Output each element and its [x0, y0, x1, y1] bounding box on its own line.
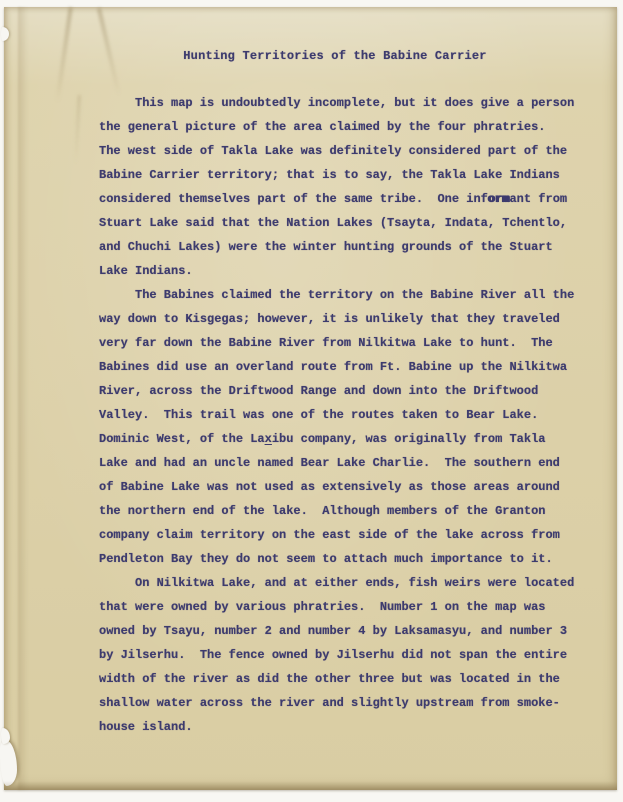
text-segment: shallow water across the river and sligh…: [99, 696, 560, 710]
text-segment: River, across the Driftwood Range and do…: [99, 384, 538, 398]
document-body: This map is undoubtedly incomplete, but …: [99, 91, 589, 739]
paper-tear: [1, 728, 10, 744]
text-line: and Chuchi Lakes) were the winter huntin…: [99, 235, 589, 259]
text-segment: ibu company, was originally from Takla: [272, 432, 546, 446]
text-line: the northern end of the lake. Although m…: [99, 499, 589, 523]
text-segment: Valley. This trail was one of the routes…: [99, 408, 538, 422]
text-segment: Dominic West, of the La: [99, 432, 265, 446]
text-segment: the northern end of the lake. Although m…: [99, 504, 545, 518]
paper-tear: [1, 27, 9, 41]
text-line: width of the river as did the other thre…: [99, 667, 589, 691]
text-line: Babines did use an overland route from F…: [99, 355, 589, 379]
text-line: Valley. This trail was one of the routes…: [99, 403, 589, 427]
text-line: This map is undoubtedly incomplete, but …: [99, 91, 589, 115]
text-segment: by Jilserhu. The fence owned by Jilserhu…: [99, 648, 567, 662]
text-line: of Babine Lake was not used as extensive…: [99, 475, 589, 499]
text-segment: On Nilkitwa Lake, and at either ends, fi…: [135, 576, 574, 590]
text-line: house island.: [99, 715, 589, 739]
text-segment: Lake and had an uncle named Bear Lake Ch…: [99, 456, 560, 470]
text-segment: Pendleton Bay they do not seem to attach…: [99, 552, 553, 566]
text-segment: width of the river as did the other thre…: [99, 672, 560, 686]
text-segment: and Chuchi Lakes) were the winter huntin…: [99, 240, 553, 254]
text-segment: company claim territory on the east side…: [99, 528, 560, 542]
text-line: Stuart Lake said that the Nation Lakes (…: [99, 211, 589, 235]
text-line: considered themselves part of the same t…: [99, 187, 589, 211]
text-segment: This map is undoubtedly incomplete, but …: [135, 96, 574, 110]
text-segment-ulx: x: [265, 432, 272, 446]
paper-sheet: Hunting Territories of the Babine Carrie…: [4, 7, 617, 790]
text-segment: Babine Carrier territory; that is to say…: [99, 168, 560, 182]
text-segment: very far down the Babine River from Nilk…: [99, 336, 553, 350]
text-line: way down to Kisgegas; however, it is unl…: [99, 307, 589, 331]
paper-crease: [74, 95, 81, 165]
text-line: by Jilserhu. The fence owned by Jilserhu…: [99, 643, 589, 667]
text-line: River, across the Driftwood Range and do…: [99, 379, 589, 403]
text-line: company claim territory on the east side…: [99, 523, 589, 547]
text-segment: The Babines claimed the territory on the…: [135, 288, 574, 302]
text-segment: ant from: [509, 192, 567, 206]
text-line: Pendleton Bay they do not seem to attach…: [99, 547, 589, 571]
text-line: On Nilkitwa Lake, and at either ends, fi…: [99, 571, 589, 595]
paper-crease: [55, 7, 72, 103]
text-line: The west side of Takla Lake was definite…: [99, 139, 589, 163]
text-segment: the general picture of the area claimed …: [99, 120, 545, 134]
text-line: the general picture of the area claimed …: [99, 115, 589, 139]
text-segment: that were owned by various phratries. Nu…: [99, 600, 545, 614]
text-line: Babine Carrier territory; that is to say…: [99, 163, 589, 187]
text-segment: Babines did use an overland route from F…: [99, 360, 567, 374]
paper-tear: [0, 740, 17, 786]
scanned-page: Hunting Territories of the Babine Carrie…: [0, 0, 623, 802]
text-segment: owned by Tsayu, number 2 and number 4 by…: [99, 624, 567, 638]
text-line: shallow water across the river and sligh…: [99, 691, 589, 715]
text-line: The Babines claimed the territory on the…: [99, 283, 589, 307]
paper-fold-shadow: [18, 7, 28, 790]
text-segment: way down to Kisgegas; however, it is unl…: [99, 312, 560, 326]
document-title: Hunting Territories of the Babine Carrie…: [99, 44, 571, 68]
text-line: that were owned by various phratries. Nu…: [99, 595, 589, 619]
text-line: Dominic West, of the Laxibu company, was…: [99, 427, 589, 451]
text-segment: Stuart Lake said that the Nation Lakes (…: [99, 216, 567, 230]
text-segment-overstrike: orm: [488, 192, 510, 206]
text-line: owned by Tsayu, number 2 and number 4 by…: [99, 619, 589, 643]
text-line: Lake and had an uncle named Bear Lake Ch…: [99, 451, 589, 475]
text-line: Lake Indians.: [99, 259, 589, 283]
text-segment: The west side of Takla Lake was definite…: [99, 144, 567, 158]
text-segment: of Babine Lake was not used as extensive…: [99, 480, 560, 494]
text-segment: house island.: [99, 720, 193, 734]
text-segment: Lake Indians.: [99, 264, 193, 278]
text-line: very far down the Babine River from Nilk…: [99, 331, 589, 355]
text-segment: considered themselves part of the same t…: [99, 192, 488, 206]
